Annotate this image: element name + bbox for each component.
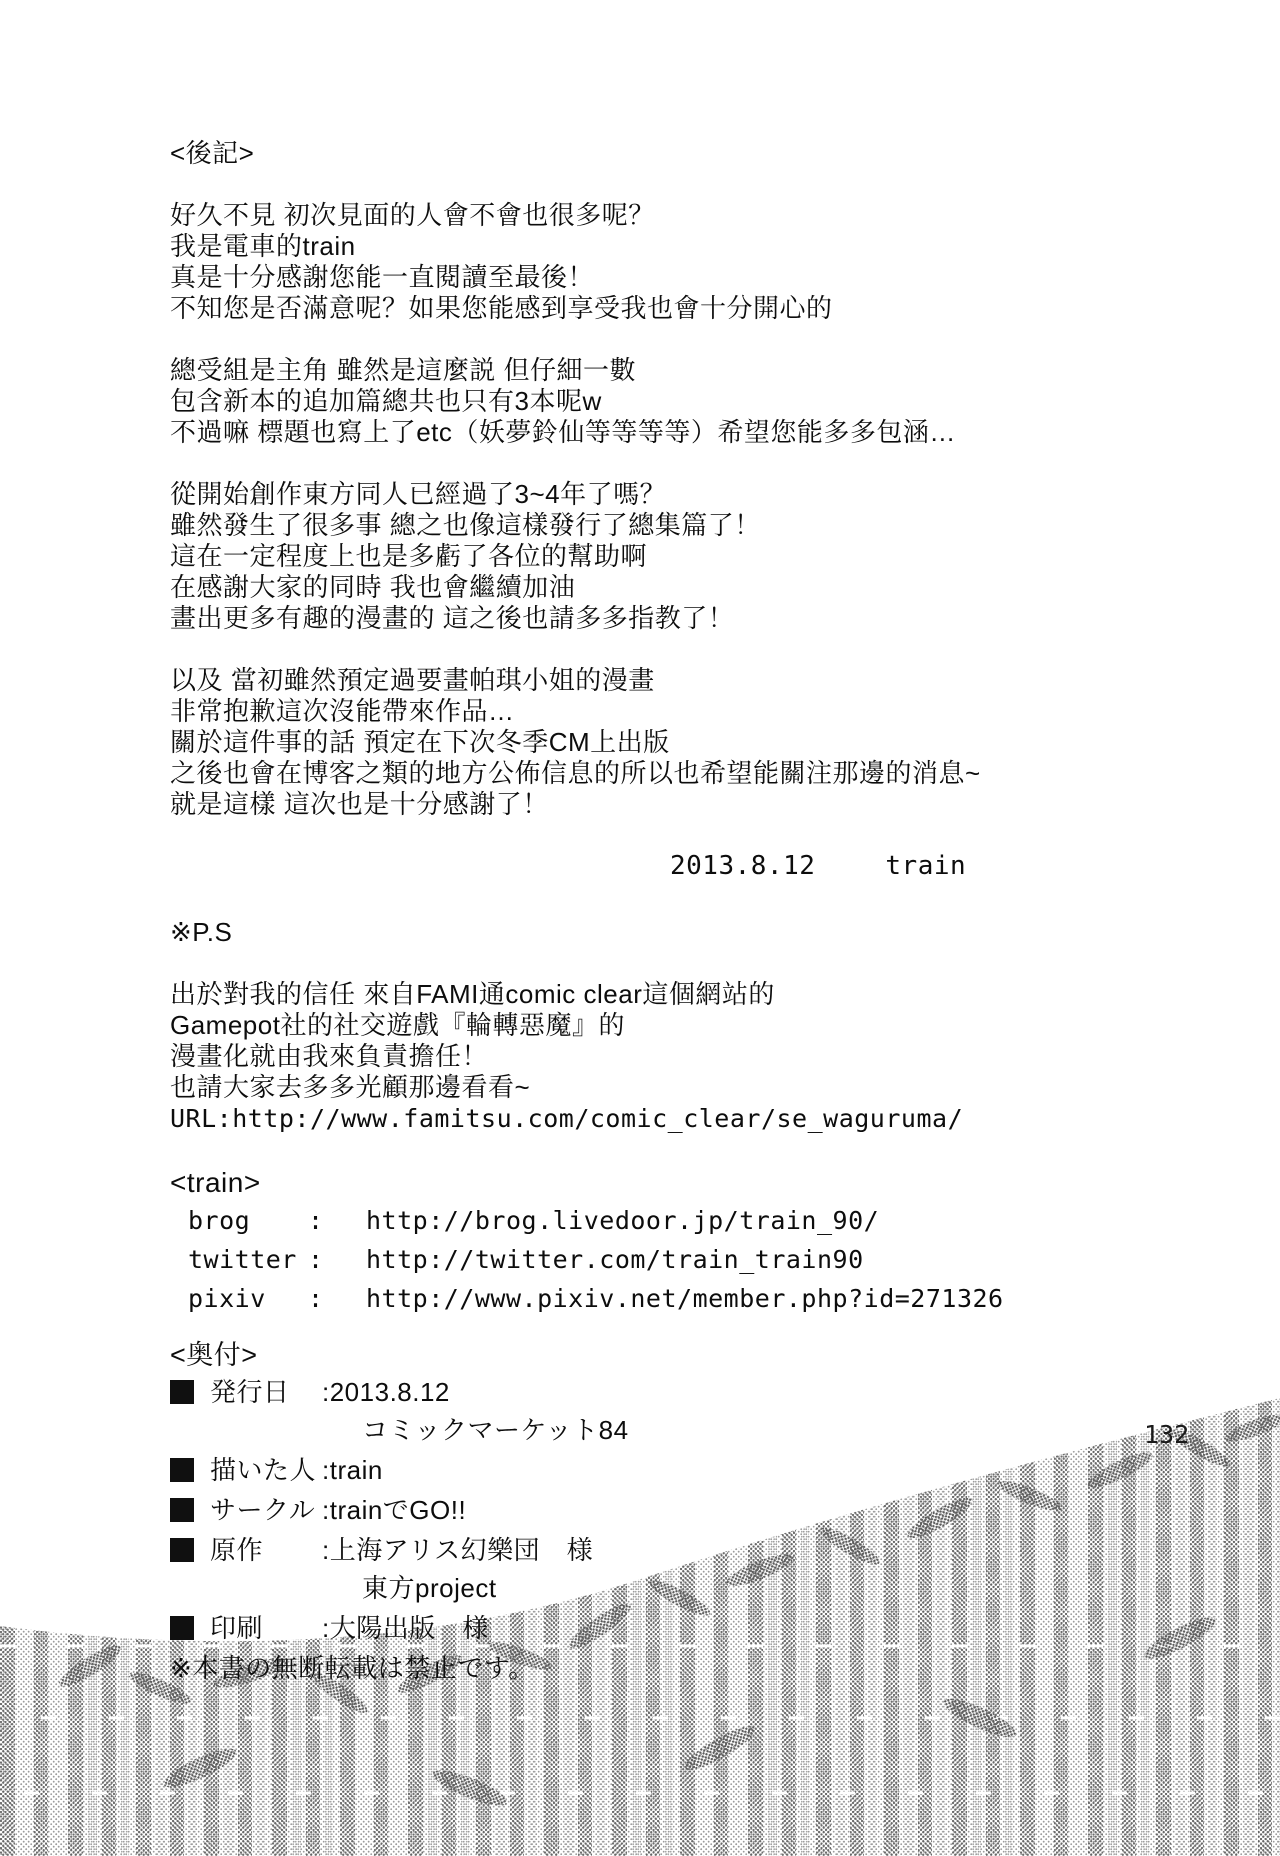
bullet-square-icon xyxy=(170,1458,194,1482)
bullet-square-icon xyxy=(170,1616,194,1640)
postscript-paragraph: 出於對我的信任 來自FAMI通comic clear這個網站的 Gamepot社… xyxy=(170,979,1135,1103)
table-row: 原作 :上海アリス幻樂団 様 xyxy=(170,1535,1135,1566)
colophon-label: サークル xyxy=(210,1495,322,1526)
signoff-name: train xyxy=(885,851,966,882)
colophon-value: :trainでGO!! xyxy=(322,1495,466,1526)
list-item: twitter : http://twitter.com/train_train… xyxy=(188,1245,1135,1275)
afterword-heading: <後記> xyxy=(170,138,1135,169)
table-row: 発行日 :2013.8.12 xyxy=(170,1377,1135,1408)
list-item: pixiv : http://www.pixiv.net/member.php?… xyxy=(188,1284,1135,1314)
no-reproduction-notice: ※本書の無断転載は禁止です。 xyxy=(170,1653,1135,1684)
link-separator: : xyxy=(308,1206,366,1236)
colophon-label: 印刷 xyxy=(210,1613,322,1644)
blog-url: http://brog.livedoor.jp/train_90/ xyxy=(366,1206,879,1236)
colophon-label: 描いた人 xyxy=(210,1455,322,1486)
colophon-heading: <奥付> xyxy=(170,1340,1135,1371)
scanned-afterword-page: <後記> 好久不見 初次見面的人會不會也很多呢？ 我是電車的train 真是十分… xyxy=(0,0,1280,1856)
postscript-block: ※P.S 出於對我的信任 來自FAMI通comic clear這個網站的 Gam… xyxy=(170,917,1135,1134)
afterword-paragraph: 好久不見 初次見面的人會不會也很多呢？ 我是電車的train 真是十分感謝您能一… xyxy=(170,200,1135,324)
afterword-text-column: <後記> 好久不見 初次見面的人會不會也很多呢？ 我是電車的train 真是十分… xyxy=(170,138,1135,1684)
link-label-brog: brog xyxy=(188,1206,308,1236)
afterword-paragraph: 從開始創作東方同人已經過了3~4年了嗎？ 雖然發生了很多事 總之也像這樣發行了總… xyxy=(170,479,1135,634)
pixiv-url: http://www.pixiv.net/member.php?id=27132… xyxy=(366,1284,1004,1314)
signoff-line: 2013.8.12 train xyxy=(170,851,1135,882)
table-row: サークル :trainでGO!! xyxy=(170,1495,1135,1526)
colophon-value: :大陽出版 様 xyxy=(322,1613,489,1644)
bullet-square-icon xyxy=(170,1538,194,1562)
author-links-heading: <train> xyxy=(170,1167,1135,1198)
colophon-value-secondary: コミックマーケット84 xyxy=(362,1415,1135,1446)
colophon-value-secondary: 東方project xyxy=(362,1573,1135,1604)
comic-clear-url: URL:http://www.famitsu.com/comic_clear/s… xyxy=(170,1103,1135,1134)
colophon-block: <奥付> 発行日 :2013.8.12 コミックマーケット84 描いた人 :tr… xyxy=(170,1340,1135,1684)
list-item: brog : http://brog.livedoor.jp/train_90/ xyxy=(188,1206,1135,1236)
page-number: 132 xyxy=(1144,1420,1189,1449)
link-separator: : xyxy=(308,1284,366,1314)
bullet-square-icon xyxy=(170,1380,194,1404)
link-separator: : xyxy=(308,1245,366,1275)
twitter-url: http://twitter.com/train_train90 xyxy=(366,1245,864,1275)
table-row: 印刷 :大陽出版 様 xyxy=(170,1613,1135,1644)
author-links-block: <train> brog : http://brog.livedoor.jp/t… xyxy=(170,1167,1135,1314)
link-label-twitter: twitter xyxy=(188,1245,308,1275)
bullet-square-icon xyxy=(170,1498,194,1522)
postscript-heading: ※P.S xyxy=(170,917,1135,948)
link-label-pixiv: pixiv xyxy=(188,1284,308,1314)
colophon-value: :train xyxy=(322,1455,383,1486)
colophon-value: :上海アリス幻樂団 様 xyxy=(322,1535,593,1566)
colophon-value: :2013.8.12 xyxy=(322,1377,450,1408)
colophon-label: 原作 xyxy=(210,1535,322,1566)
colophon-label: 発行日 xyxy=(210,1377,322,1408)
afterword-paragraph: 總受組是主角 雖然是這麼説 但仔細一數 包含新本的追加篇總共也只有3本呢w 不過… xyxy=(170,355,1135,448)
signoff-date: 2013.8.12 xyxy=(670,851,815,882)
afterword-paragraph: 以及 當初雖然預定過要畫帕琪小姐的漫畫 非常抱歉這次沒能帶來作品… 關於這件事的… xyxy=(170,665,1135,820)
table-row: 描いた人 :train xyxy=(170,1455,1135,1486)
